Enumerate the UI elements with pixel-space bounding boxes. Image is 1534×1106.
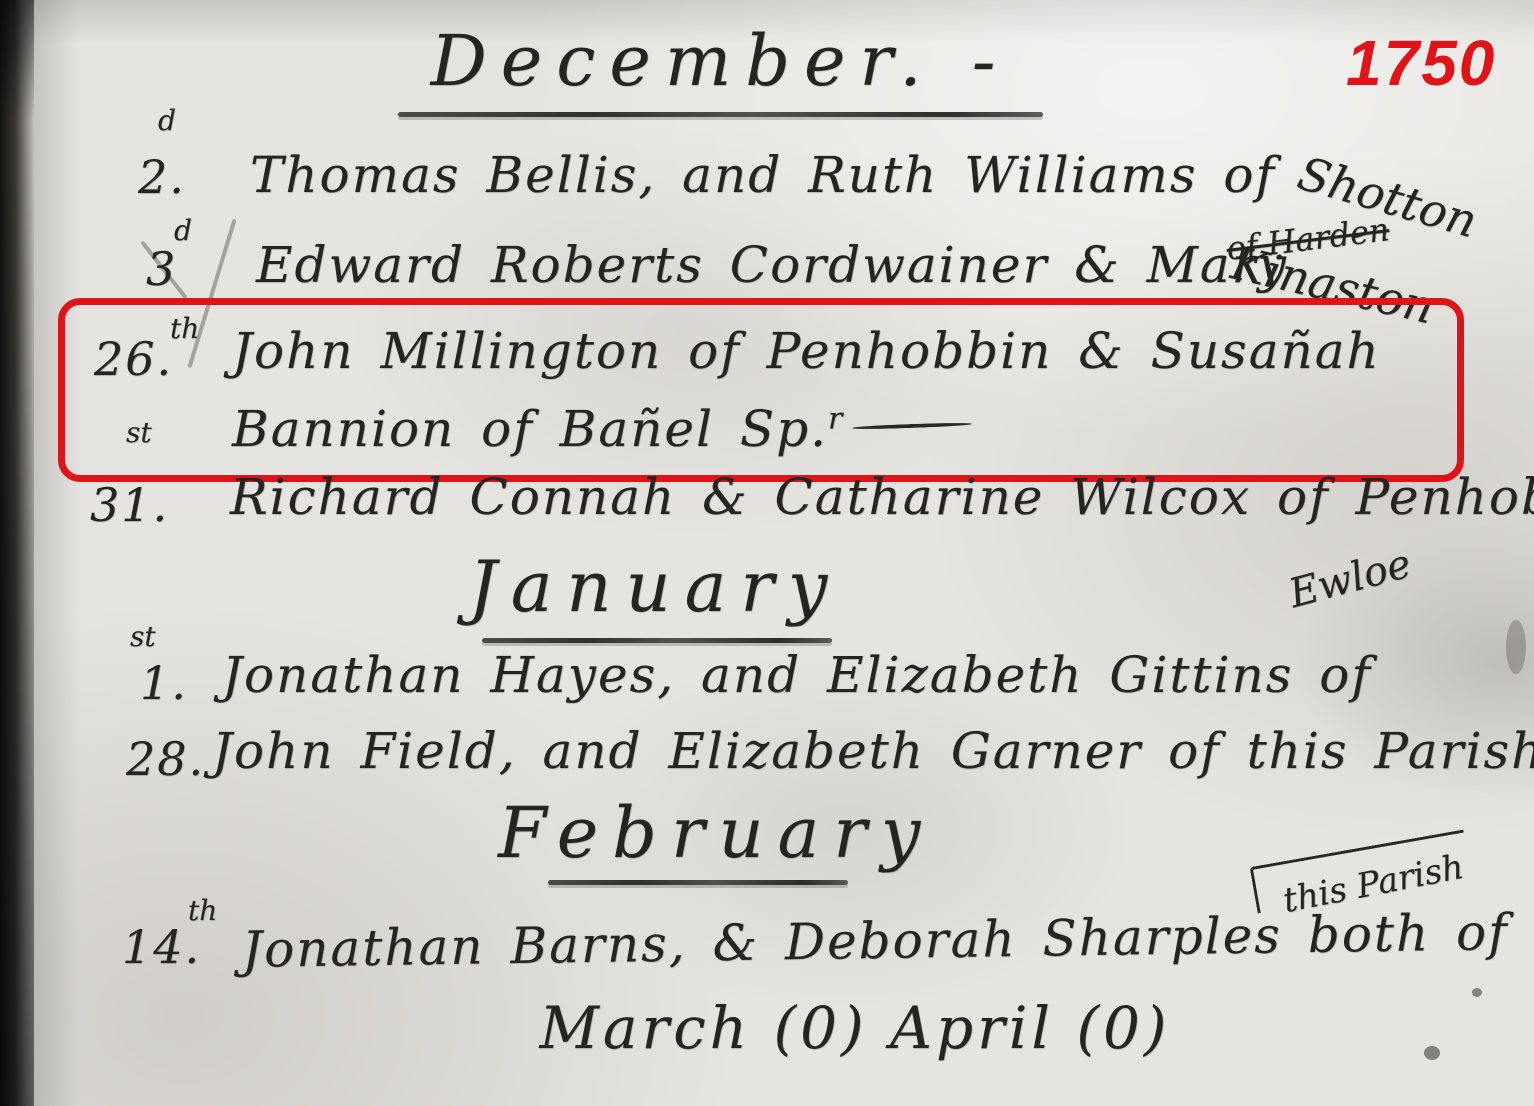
superscript-r: r (828, 401, 844, 436)
december-underline (398, 112, 1043, 117)
entry-day-superscript: st (126, 416, 152, 449)
paper-stain (1424, 1046, 1440, 1060)
entry-text: Thomas Bellis, and Ruth Williams of (250, 146, 1276, 204)
entry-day-superscript: d (158, 104, 176, 137)
entry-text: John Field, and Elizabeth Garner of this… (212, 722, 1534, 780)
entry-text: Richard Connah & Catharine Wilcox of Pen… (230, 468, 1534, 526)
paper-stain (1506, 620, 1526, 674)
february-underline (548, 880, 848, 885)
interline-note: Ewloe (1284, 541, 1416, 618)
entry-day-superscript: th (170, 312, 199, 345)
january-underline (482, 638, 832, 643)
entry-text: John Millington of Penhobbin & Susañah (232, 322, 1381, 380)
entry-day: 3 (146, 242, 177, 296)
entry-text-continued: Bannion of Bañel Sp.r (232, 400, 972, 458)
entry-day: 31. (90, 478, 169, 532)
entry-day: 28. (126, 732, 205, 786)
footer-summary: March (0) April (0) (510, 994, 1200, 1062)
entry-day: 2. (138, 150, 186, 204)
entry-text: Jonathan Barns, & Deborah Sharples both … (242, 903, 1509, 979)
entry-day-superscript: st (130, 620, 156, 653)
entry-text: Jonathan Hayes, and Elizabeth Gittins of (222, 646, 1372, 704)
month-heading-february: February (498, 792, 888, 874)
entry-day: 14. (122, 920, 201, 974)
paper-stain (1472, 988, 1482, 997)
entry-text: Edward Roberts Cordwainer & Mary (256, 236, 1288, 294)
entry-day: 26. (94, 332, 173, 386)
month-heading-january: January (440, 546, 870, 628)
month-heading-december: December. - (390, 20, 1050, 102)
entry-day-superscript: th (188, 894, 217, 927)
flourish-stroke (852, 422, 972, 430)
entry-text-continued-main: Bannion of Bañel Sp. (232, 400, 828, 458)
book-binding-edge (0, 0, 34, 1106)
entry-day: 1. (140, 656, 188, 710)
parish-register-page: 1750 December. - d 2. Thomas Bellis, and… (0, 0, 1534, 1106)
year-label: 1750 (1346, 26, 1496, 100)
